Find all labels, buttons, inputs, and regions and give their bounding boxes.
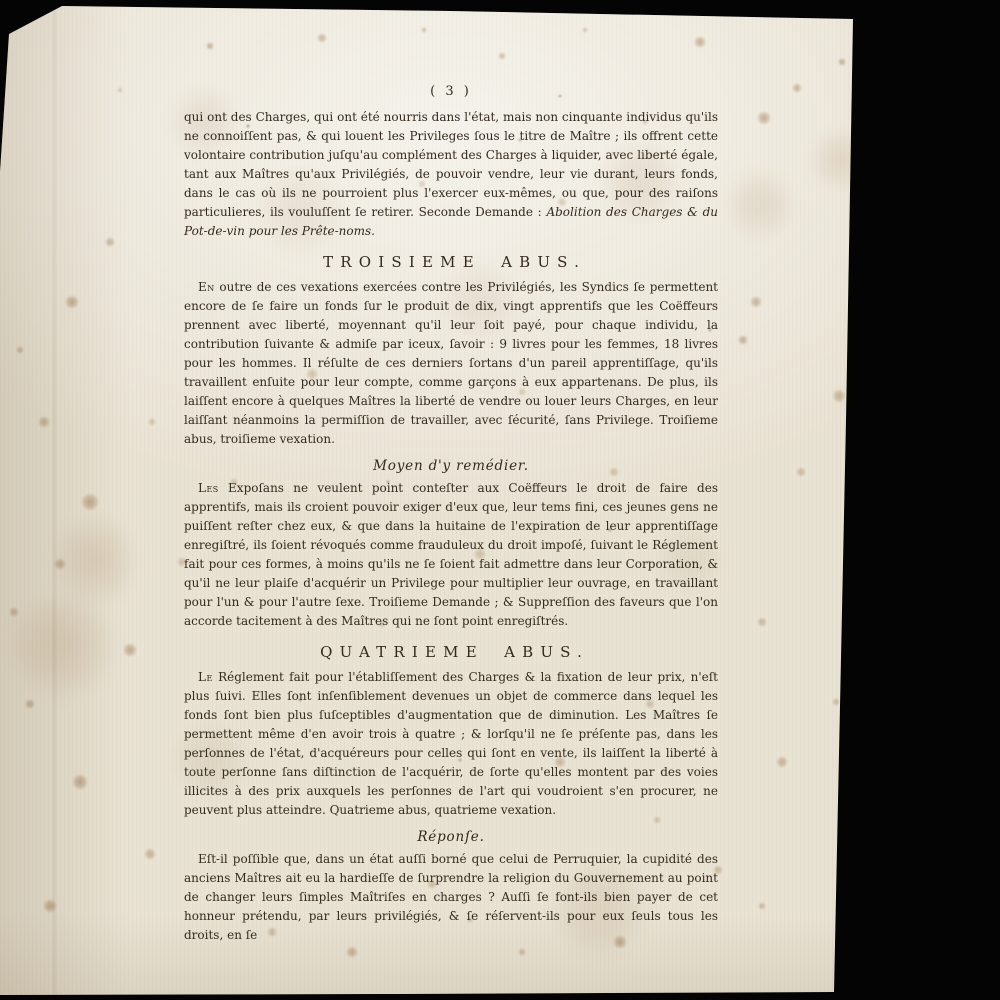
- photo-stage: ( 3 ) qui ont des Charges, qui ont été n…: [0, 0, 1000, 1000]
- stain-spot: [841, 847, 851, 857]
- paragraph: qui ont des Charges, qui ont été nourris…: [184, 108, 718, 241]
- text-run: qui ont des Charges, qui ont été nourris…: [184, 110, 718, 219]
- text-run: outre de ces vexations exercées contre l…: [184, 280, 718, 446]
- subsection-heading: Moyen d'y remédier.: [184, 458, 718, 474]
- stain-spot: [866, 924, 878, 936]
- text-run: Eſt-il poſſible que, dans un état auſſi …: [184, 852, 718, 942]
- subsection-heading: Réponſe.: [184, 829, 718, 845]
- page-content: ( 3 ) qui ont des Charges, qui ont été n…: [184, 84, 718, 945]
- text-run: Le: [198, 670, 213, 684]
- text-run: Réglement fait pour l'établiſſement des …: [184, 670, 718, 817]
- stain-spot: [849, 518, 857, 526]
- stain-spot: [864, 254, 876, 266]
- section-heading: TROISIEME ABUS.: [184, 253, 718, 271]
- paragraph: Les Expoſans ne veulent point conteſter …: [184, 479, 718, 631]
- stain-spot: [857, 137, 867, 147]
- section-heading: QUATRIEME ABUS.: [184, 643, 718, 661]
- text-run: Les: [198, 481, 219, 495]
- paragraph: En outre de ces vexations exercées contr…: [184, 278, 718, 449]
- paragraph: Le Réglement fait pour l'établiſſement d…: [184, 668, 718, 820]
- page-number: ( 3 ): [184, 84, 718, 99]
- text-run: Expoſans ne veulent point conteſter aux …: [184, 481, 718, 628]
- text-run: En: [198, 280, 215, 294]
- text-block: qui ont des Charges, qui ont été nourris…: [184, 108, 718, 945]
- paragraph: Eſt-il poſſible que, dans un état auſſi …: [184, 850, 718, 945]
